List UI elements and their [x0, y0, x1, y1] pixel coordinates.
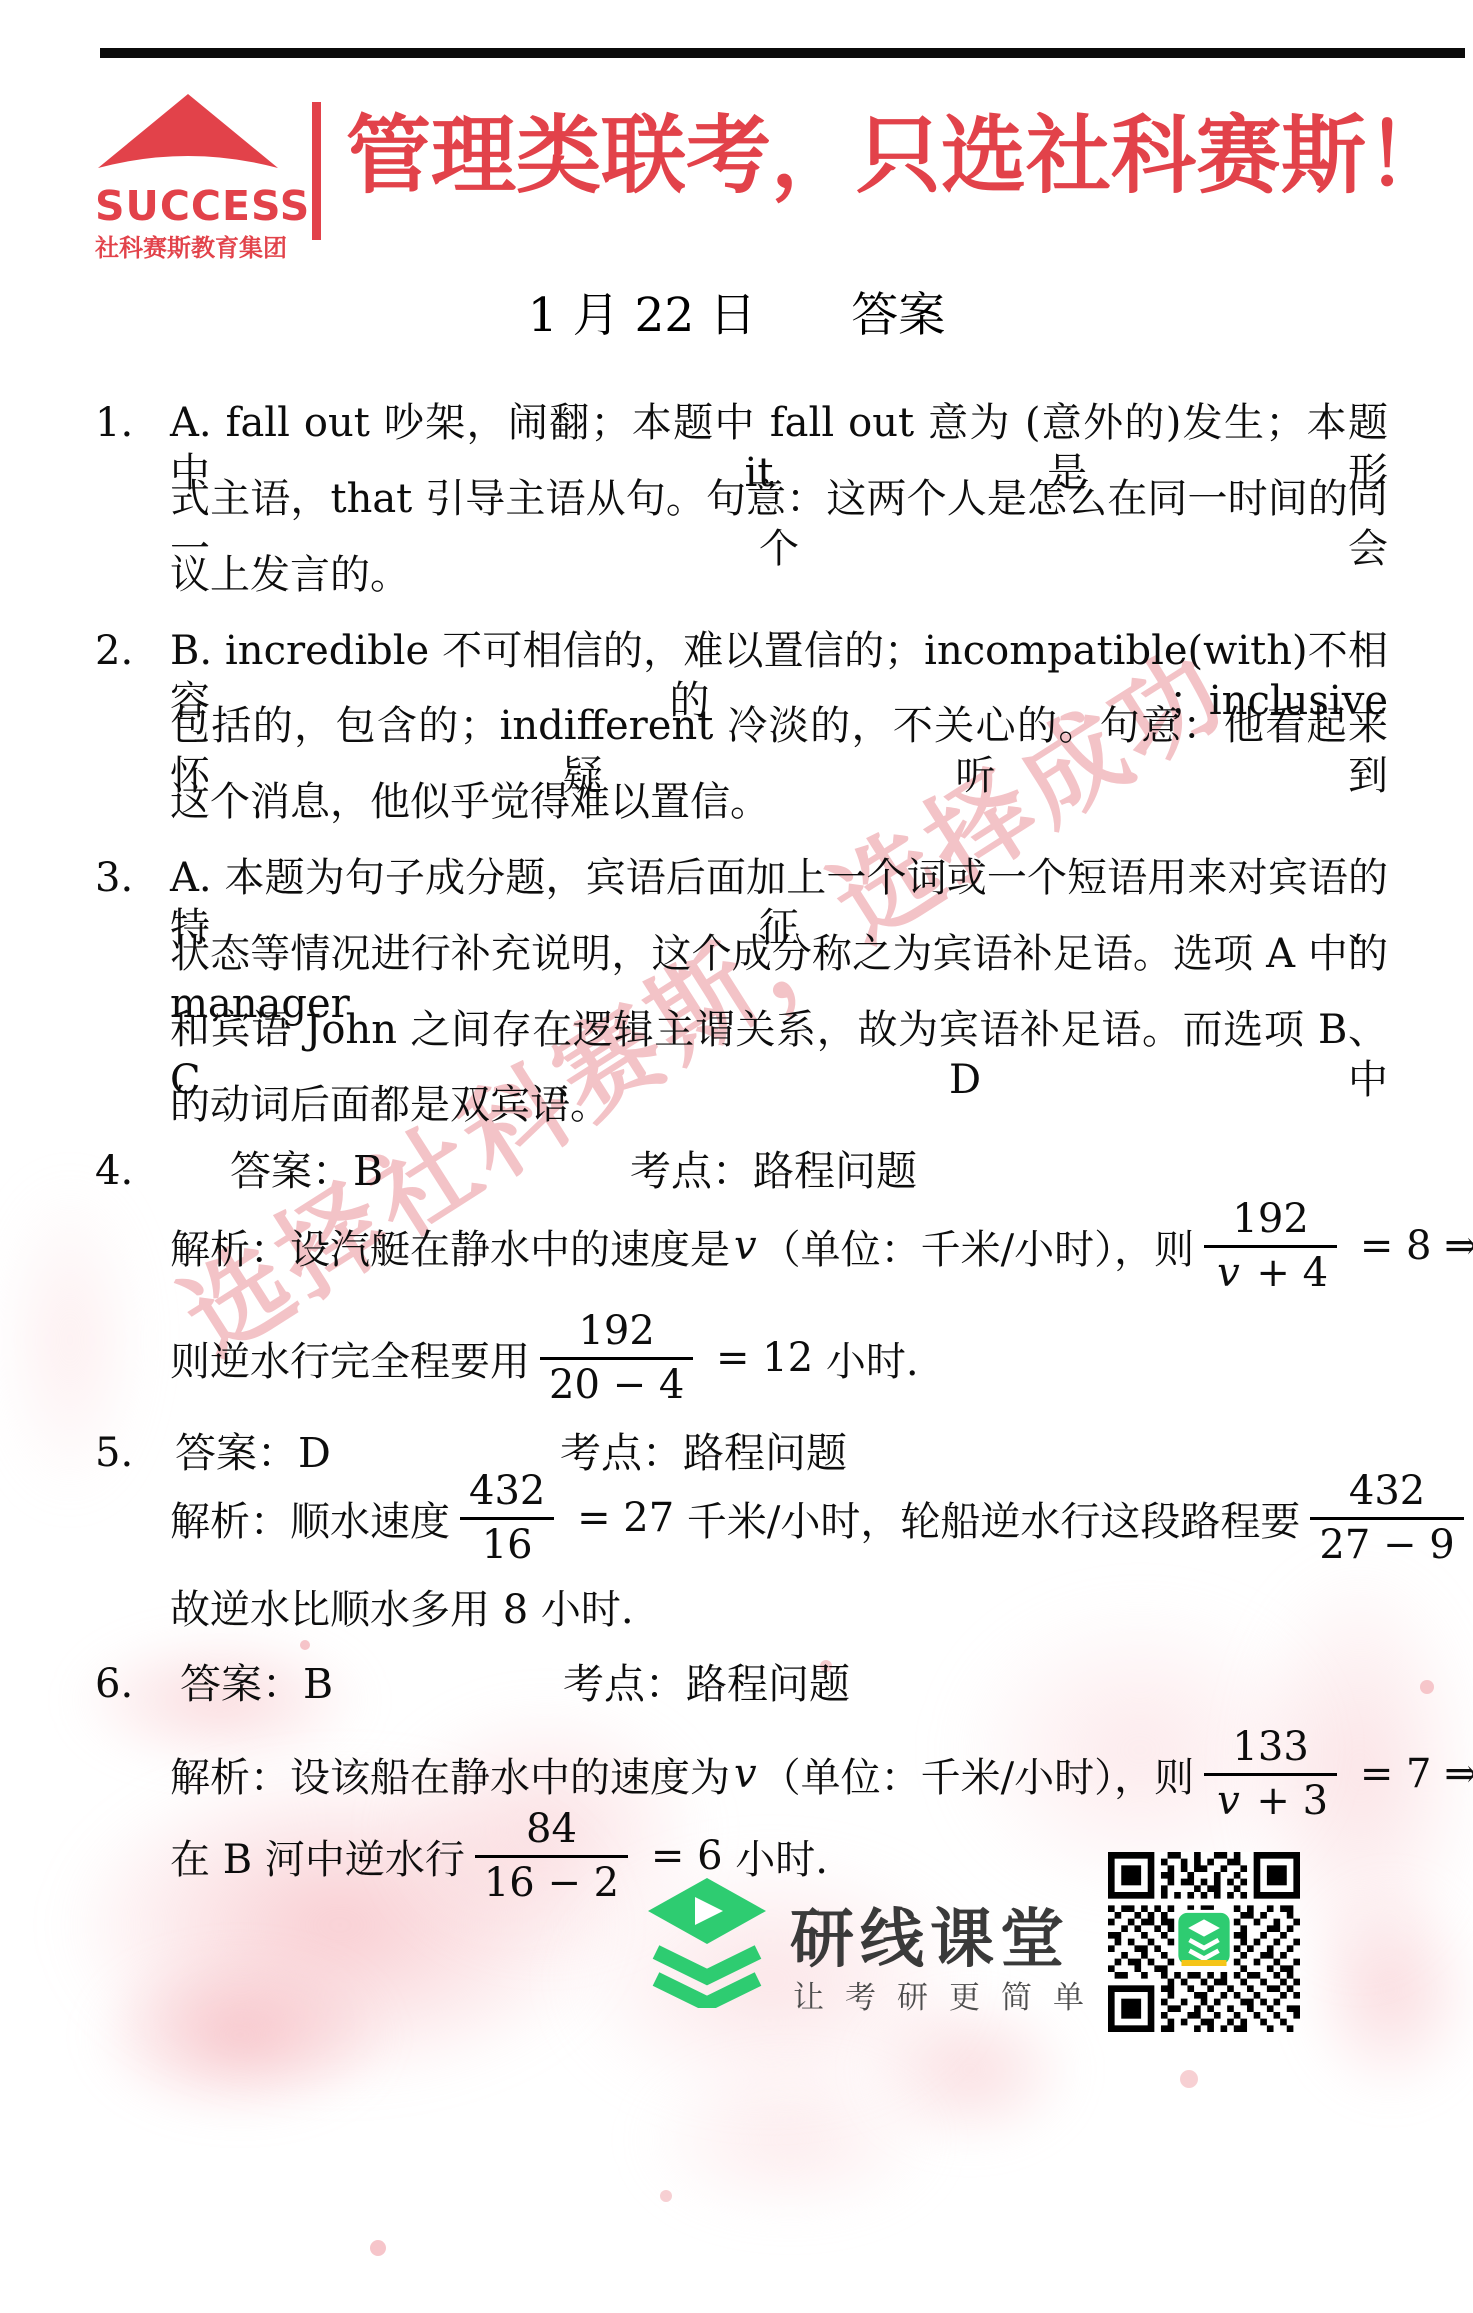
fraction-bar [1310, 1517, 1463, 1520]
math-variable: v [730, 1751, 761, 1797]
qr-finder-top-left [1108, 1852, 1154, 1899]
fraction-bar [475, 1855, 628, 1858]
analysis-text: 解析：顺水速度 [170, 1490, 450, 1547]
fraction-denominator: 16 − 2 [475, 1861, 628, 1906]
title-label: 答案 [851, 288, 945, 343]
analysis-text: （单位：千米/小时），则 [761, 1218, 1194, 1275]
page-title: 1 月 22 日答案 [0, 278, 1473, 345]
item-number: 2. [95, 626, 133, 676]
top-rule [100, 48, 1465, 58]
item-number: 3. [95, 853, 133, 903]
qr-finder-bottom-left [1108, 1985, 1154, 2032]
analysis-text: （单位：千米/小时），则 [761, 1746, 1194, 1803]
qr-center-app-icon [1177, 1911, 1231, 1966]
fraction-denominator: v + 4 [1204, 1251, 1337, 1296]
header-slogan: 管理类联考，只选社科赛斯！ [346, 104, 1451, 210]
document-page: SUCCESS 社科赛斯教育集团 管理类联考，只选社科赛斯！ 选择社科赛斯，选择… [0, 0, 1473, 2313]
fraction-numerator: 84 [517, 1807, 586, 1852]
fraction-bar [1204, 1245, 1337, 1248]
watercolor-dot [300, 1640, 310, 1650]
fraction-denominator: v + 3 [1204, 1779, 1337, 1824]
watercolor-dot [370, 2240, 386, 2256]
fraction-numerator: 133 [1223, 1725, 1317, 1770]
fraction-denominator: 27 − 9 [1310, 1523, 1463, 1568]
item-number: 1. [95, 398, 133, 448]
analysis-line: 解析：设汽艇在静水中的速度是v（单位：千米/小时），则192v + 4 = 8 … [170, 1188, 1473, 1304]
success-logo-text: SUCCESS [95, 182, 310, 230]
analysis-text: 则逆水行完全程要用 [170, 1330, 530, 1387]
footer-tagline: 让考研更简单 [793, 1972, 1105, 2017]
qr-code [1108, 1852, 1300, 2032]
fraction-denominator: 20 − 4 [540, 1363, 693, 1408]
text-line: 的动词后面都是双宾语。 [170, 1080, 1388, 1130]
analysis-text: 解析：设汽艇在静水中的速度是 [170, 1218, 730, 1275]
text-line: 这个消息，他似乎觉得难以置信。 [170, 777, 1388, 827]
qr-code-pattern [1108, 1852, 1300, 2032]
watercolor-blob [90, 1950, 390, 2120]
fraction-bar [460, 1517, 554, 1520]
topic-label: 考点：路程问题 [563, 1659, 850, 1709]
analysis-text: 千米/小时，轮船逆水行这段路程要 [687, 1490, 1300, 1547]
fraction-bar [540, 1357, 693, 1360]
watercolor-dot [1420, 1680, 1434, 1694]
fraction-numerator: 432 [460, 1469, 554, 1514]
analysis-line: 解析：顺水速度43216 = 27 千米/小时，轮船逆水行这段路程要43227 … [170, 1460, 1473, 1576]
item-number: 4. [95, 1146, 133, 1196]
fraction-denominator: 16 [473, 1523, 542, 1568]
success-logo-subtitle: 社科赛斯教育集团 [95, 228, 287, 263]
watercolor-blob [640, 2060, 940, 2220]
math-variable: v [730, 1223, 761, 1269]
analysis-text: 小时. [826, 1330, 919, 1387]
title-date: 1 月 22 日 [528, 288, 757, 343]
math-text: = 27 [564, 1495, 687, 1541]
fraction-numerator: 432 [1340, 1469, 1434, 1514]
analysis-text: 在 B 河中逆水行 [170, 1828, 465, 1885]
watercolor-dot [660, 2190, 672, 2202]
success-logo-triangle [98, 94, 278, 182]
item-number: 6. [95, 1659, 133, 1709]
fraction: 133v + 3 [1204, 1725, 1337, 1824]
fraction: 192v + 4 [1204, 1197, 1337, 1296]
fraction: 43227 − 9 [1310, 1469, 1463, 1568]
fraction-numerator: 192 [569, 1309, 663, 1354]
analysis-text: 解析：设该船在静水中的速度为 [170, 1746, 730, 1803]
math-text: = 7 ⇒ [1347, 1751, 1473, 1797]
analysis-line: 则逆水行完全程要用19220 − 4 = 12 小时. [170, 1300, 919, 1416]
watercolor-blob [1300, 1880, 1473, 2100]
answer-label: 答案：B [180, 1659, 333, 1709]
fraction-numerator: 192 [1223, 1197, 1317, 1242]
text-line: 议上发言的。 [170, 550, 1388, 600]
math-text: = 12 [703, 1335, 826, 1381]
math-text: = 8 ⇒ [1347, 1223, 1473, 1269]
fraction: 8416 − 2 [475, 1807, 628, 1906]
fraction: 19220 − 4 [540, 1309, 693, 1408]
analysis-text: 小时. [735, 1828, 828, 1885]
fraction: 43216 [460, 1469, 554, 1568]
yanxian-logo-icon [648, 1878, 766, 2008]
item-number: 5. [95, 1428, 133, 1478]
math-variable: v [1213, 1250, 1244, 1296]
watercolor-dot [1180, 2070, 1198, 2088]
header-divider [312, 102, 321, 240]
math-variable: v [1213, 1778, 1244, 1824]
math-text: = 6 [638, 1833, 735, 1879]
qr-finder-top-right [1254, 1852, 1300, 1899]
fraction-bar [1204, 1773, 1337, 1776]
text-line: 故逆水比顺水多用 8 小时. [170, 1585, 1388, 1635]
footer-brand-text: 研线课堂 [790, 1888, 1070, 1980]
